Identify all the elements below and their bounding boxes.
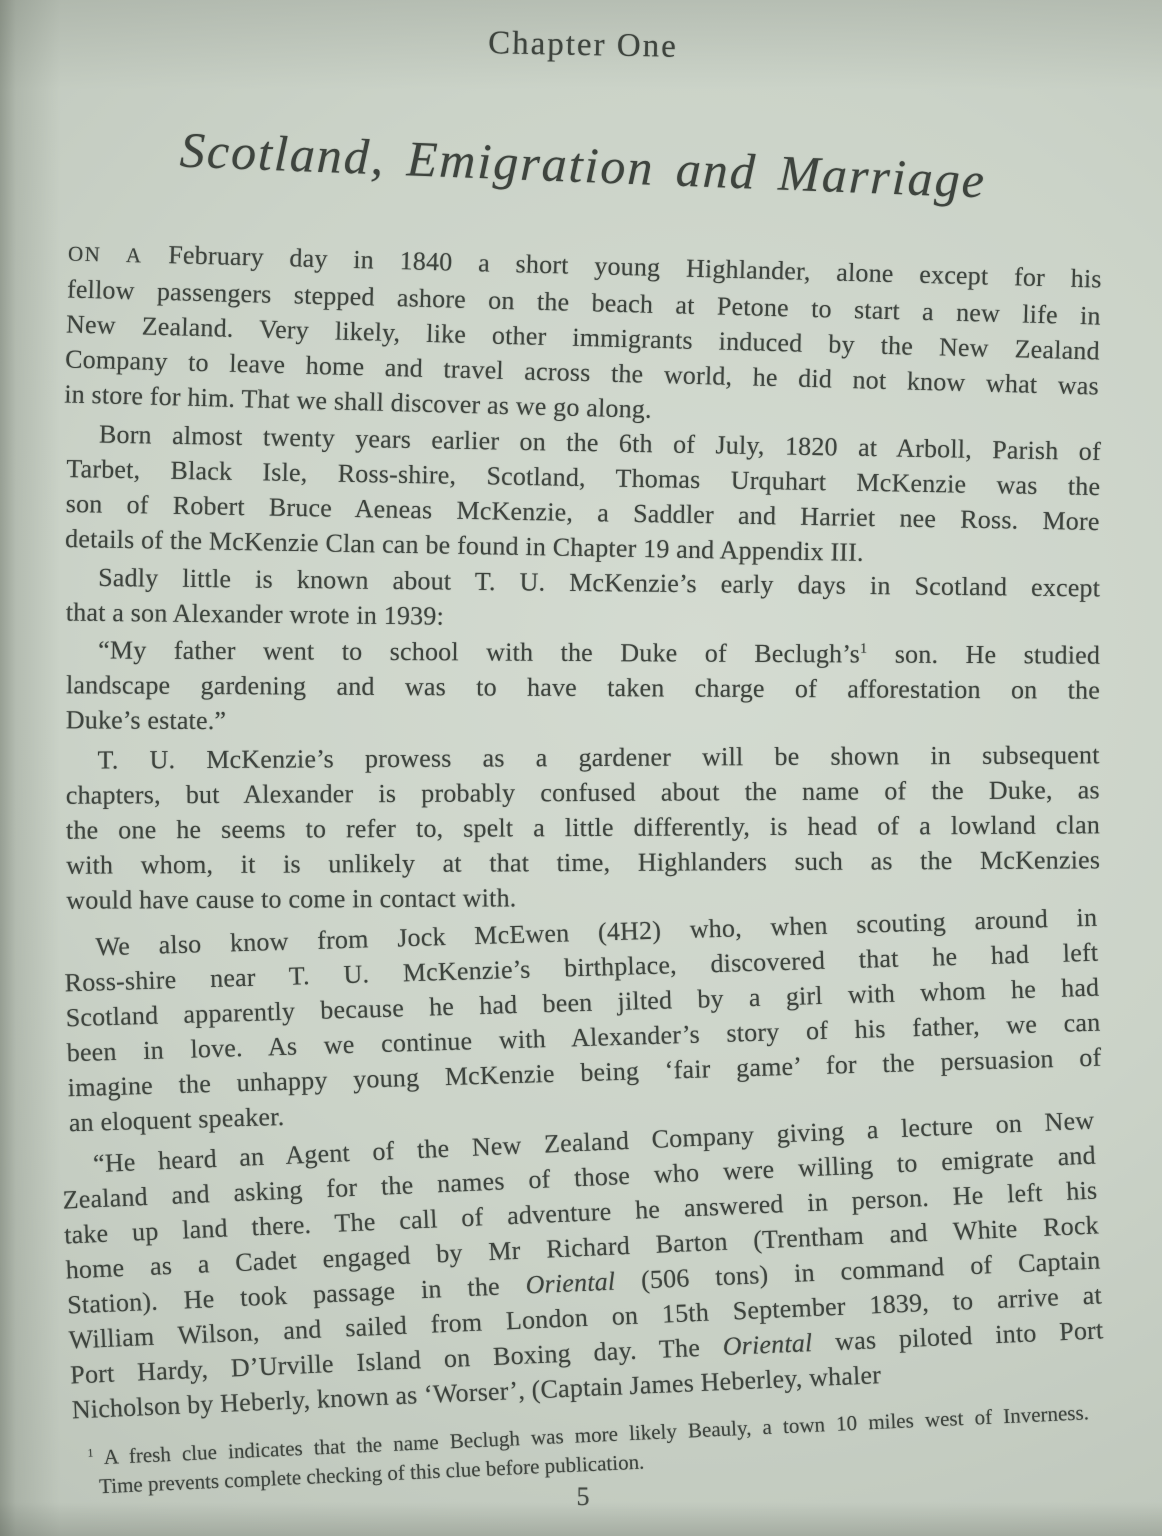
body-paragraph: ON A February day in 1840 a short young … — [64, 234, 1102, 438]
text-segment: son. He studied — [867, 639, 1100, 669]
body-paragraph: We also know from Jock McEwen (4H2) who,… — [63, 900, 1103, 1141]
page-number: 5 — [66, 1482, 1100, 1512]
body-paragraph: T. U. McKenzie’s prowess as a gardener w… — [66, 737, 1101, 917]
text-segment: Duke’s estate.” — [66, 705, 227, 735]
text-segment: Oriental — [525, 1267, 616, 1300]
text-segment: T. U. McKenzie’s prowess as a gardener w… — [98, 740, 1100, 774]
text-segment: “My father went to school with the Duke … — [98, 635, 860, 668]
chapter-title: Scotland, Emigration and Marriage — [65, 114, 1101, 216]
body-paragraph: Sadly little is known about T. U. McKenz… — [66, 560, 1101, 641]
text-line: chapters, but Alexander is probably conf… — [66, 772, 1100, 812]
text-segment: Oriental — [722, 1328, 813, 1361]
text-segment: an eloquent speaker. — [68, 1102, 284, 1137]
text-segment: chapters, but Alexander is probably conf… — [66, 775, 1100, 809]
book-page-photo: Chapter One Scotland, Emigration and Mar… — [0, 0, 1162, 1536]
text-line: the one he seems to refer to, spelt a li… — [66, 807, 1100, 847]
text-line: T. U. McKenzie’s prowess as a gardener w… — [66, 737, 1100, 777]
body-paragraph: “He heard an Agent of the New Zealand Co… — [60, 1103, 1105, 1428]
text-segment: the one he seems to refer to, spelt a li… — [66, 810, 1100, 844]
text-line: “My father went to school with the Duke … — [66, 632, 1100, 672]
text-line: with whom, it is unlikely at that time, … — [66, 842, 1100, 882]
text-segment: with whom, it is unlikely at that time, … — [66, 845, 1100, 879]
text-segment: ON A — [68, 241, 143, 267]
text-line: landscape gardening and was to have take… — [66, 667, 1100, 707]
text-segment: landscape gardening and was to have take… — [66, 670, 1100, 704]
text-segment: would have cause to come in contact with… — [66, 883, 516, 914]
page-content: Chapter One Scotland, Emigration and Mar… — [66, 0, 1100, 1479]
text-line: Duke’s estate.” — [66, 702, 1100, 742]
body-text: ON A February day in 1840 a short young … — [66, 248, 1100, 1405]
text-segment: that a son Alexander wrote in 1939: — [66, 598, 444, 631]
chapter-heading: Chapter One — [66, 16, 1101, 74]
body-paragraph: “My father went to school with the Duke … — [66, 632, 1101, 742]
body-paragraph: Born almost twenty years earlier on the … — [65, 416, 1101, 574]
